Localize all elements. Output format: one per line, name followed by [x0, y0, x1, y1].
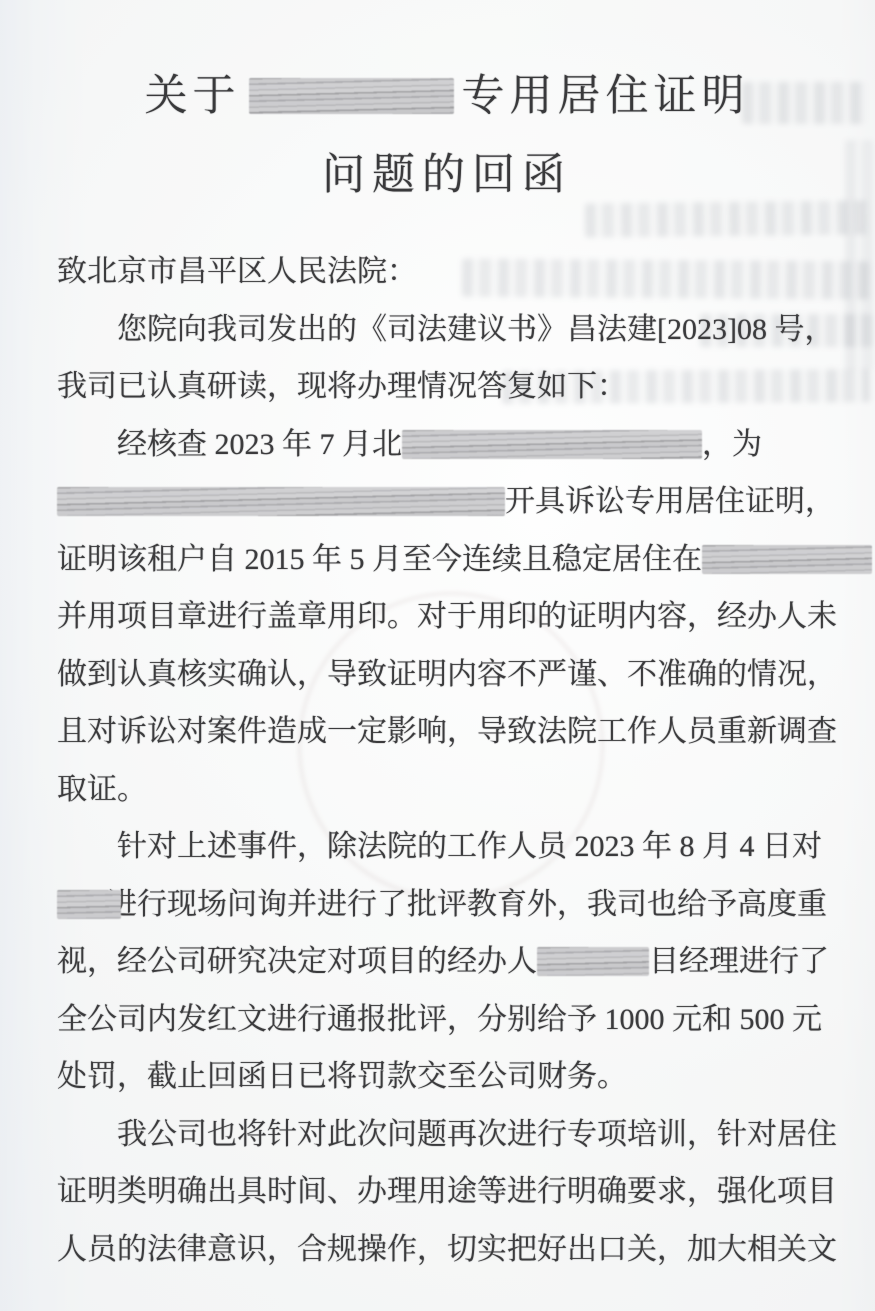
document-line: 处罚，截止回函日已将罚款交至公司财务。 — [57, 1048, 842, 1106]
line-text: 目经理进行了 — [649, 945, 829, 978]
redaction-mark — [57, 487, 505, 516]
bleed-through-mark — [585, 201, 870, 238]
line-text: 做到认真核实确认，导致证明内容不严谨、不准确的情况， — [57, 658, 837, 691]
document-line: 我公司也将针对此次问题再次进行专项培训，针对居住 — [57, 1106, 842, 1164]
redaction-mark — [249, 78, 454, 114]
document-line: 进行现场问询并进行了批评教育外，我司也给予高度重 — [57, 876, 842, 934]
redaction-mark — [402, 430, 702, 459]
line-text: ，为 — [702, 428, 762, 461]
title-line-1: 关于专用居住证明 — [57, 62, 837, 123]
line-text: 致北京市昌平区人民法院： — [57, 255, 417, 288]
bleed-through-mark — [845, 140, 873, 370]
line-text: 我公司也将针对此次问题再次进行专项培训，针对居住 — [117, 1118, 837, 1151]
document-line: 致北京市昌平区人民法院： — [57, 243, 842, 301]
line-text: 人员的法律意识，合规操作，切实把好出口关，加大相关文 — [57, 1233, 837, 1266]
redaction-mark — [702, 545, 872, 574]
line-text: 针对上述事件，除法院的工作人员 2023 年 8 月 4 日对 — [117, 830, 822, 863]
title-line-2: 问题的回函 — [57, 141, 837, 202]
letter-body: 致北京市昌平区人民法院：您院向我司发出的《司法建议书》昌法建[2023]08 号… — [57, 243, 842, 1278]
line-text: 且对诉讼对案件造成一定影响，导致法院工作人员重新调查 — [57, 715, 837, 748]
line-text: 证明该租户自 2015 年 5 月至今连续且稳定居住在 — [57, 543, 702, 576]
document-line: 取证。 — [57, 761, 842, 819]
line-text: 我司已认真研读，现将办理情况答复如下： — [57, 370, 627, 403]
document-line: 您院向我司发出的《司法建议书》昌法建[2023]08 号， — [57, 301, 842, 359]
line-text: 视，经公司研究决定对项目的经办人 — [57, 945, 537, 978]
line-text: 您院向我司发出的《司法建议书》昌法建[2023]08 号， — [117, 313, 834, 346]
document-line: 人员的法律意识，合规操作，切实把好出口关，加大相关文 — [57, 1221, 842, 1279]
line-text: 证明类明确出具时间、办理用途等进行明确要求，强化项目 — [57, 1175, 837, 1208]
document-line: 做到认真核实确认，导致证明内容不严谨、不准确的情况， — [57, 646, 842, 704]
line-text: 取证。 — [57, 773, 147, 806]
document-line: 经核查 2023 年 7 月北，为 — [57, 416, 842, 474]
document-page: 关于专用居住证明 问题的回函 致北京市昌平区人民法院：您院向我司发出的《司法建议… — [0, 0, 875, 1311]
title-suffix: 专用居住证明 — [462, 73, 750, 120]
redaction-mark — [57, 890, 121, 919]
line-text: 全公司内发红文进行通报批评，分别给予 1000 元和 500 元 — [57, 1003, 822, 1036]
document-title: 关于专用居住证明 问题的回函 — [57, 62, 837, 202]
document-line: 全公司内发红文进行通报批评，分别给予 1000 元和 500 元 — [57, 991, 842, 1049]
line-text: 并用项目章进行盖章用印。对于用印的证明内容，经办人未 — [57, 600, 837, 633]
line-text: 进行现场问询并进行了批评教育外，我司也给予高度重 — [107, 888, 827, 921]
document-line: 视，经公司研究决定对项目的经办人目经理进行了 — [57, 933, 842, 991]
redaction-mark — [537, 947, 649, 976]
document-line: 证明该租户自 2015 年 5 月至今连续且稳定居住在 — [57, 531, 842, 589]
document-line: 且对诉讼对案件造成一定影响，导致法院工作人员重新调查 — [57, 703, 842, 761]
title-prefix: 关于 — [145, 73, 241, 120]
line-text: 经核查 2023 年 7 月北 — [117, 428, 402, 461]
document-line: 开具诉讼专用居住证明， — [57, 473, 842, 531]
document-line: 证明类明确出具时间、办理用途等进行明确要求，强化项目 — [57, 1163, 842, 1221]
document-line: 针对上述事件，除法院的工作人员 2023 年 8 月 4 日对 — [57, 818, 842, 876]
line-text: 开具诉讼专用居住证明， — [505, 485, 835, 518]
document-line: 并用项目章进行盖章用印。对于用印的证明内容，经办人未 — [57, 588, 842, 646]
line-text: 处罚，截止回函日已将罚款交至公司财务。 — [57, 1060, 627, 1093]
document-line: 我司已认真研读，现将办理情况答复如下： — [57, 358, 842, 416]
